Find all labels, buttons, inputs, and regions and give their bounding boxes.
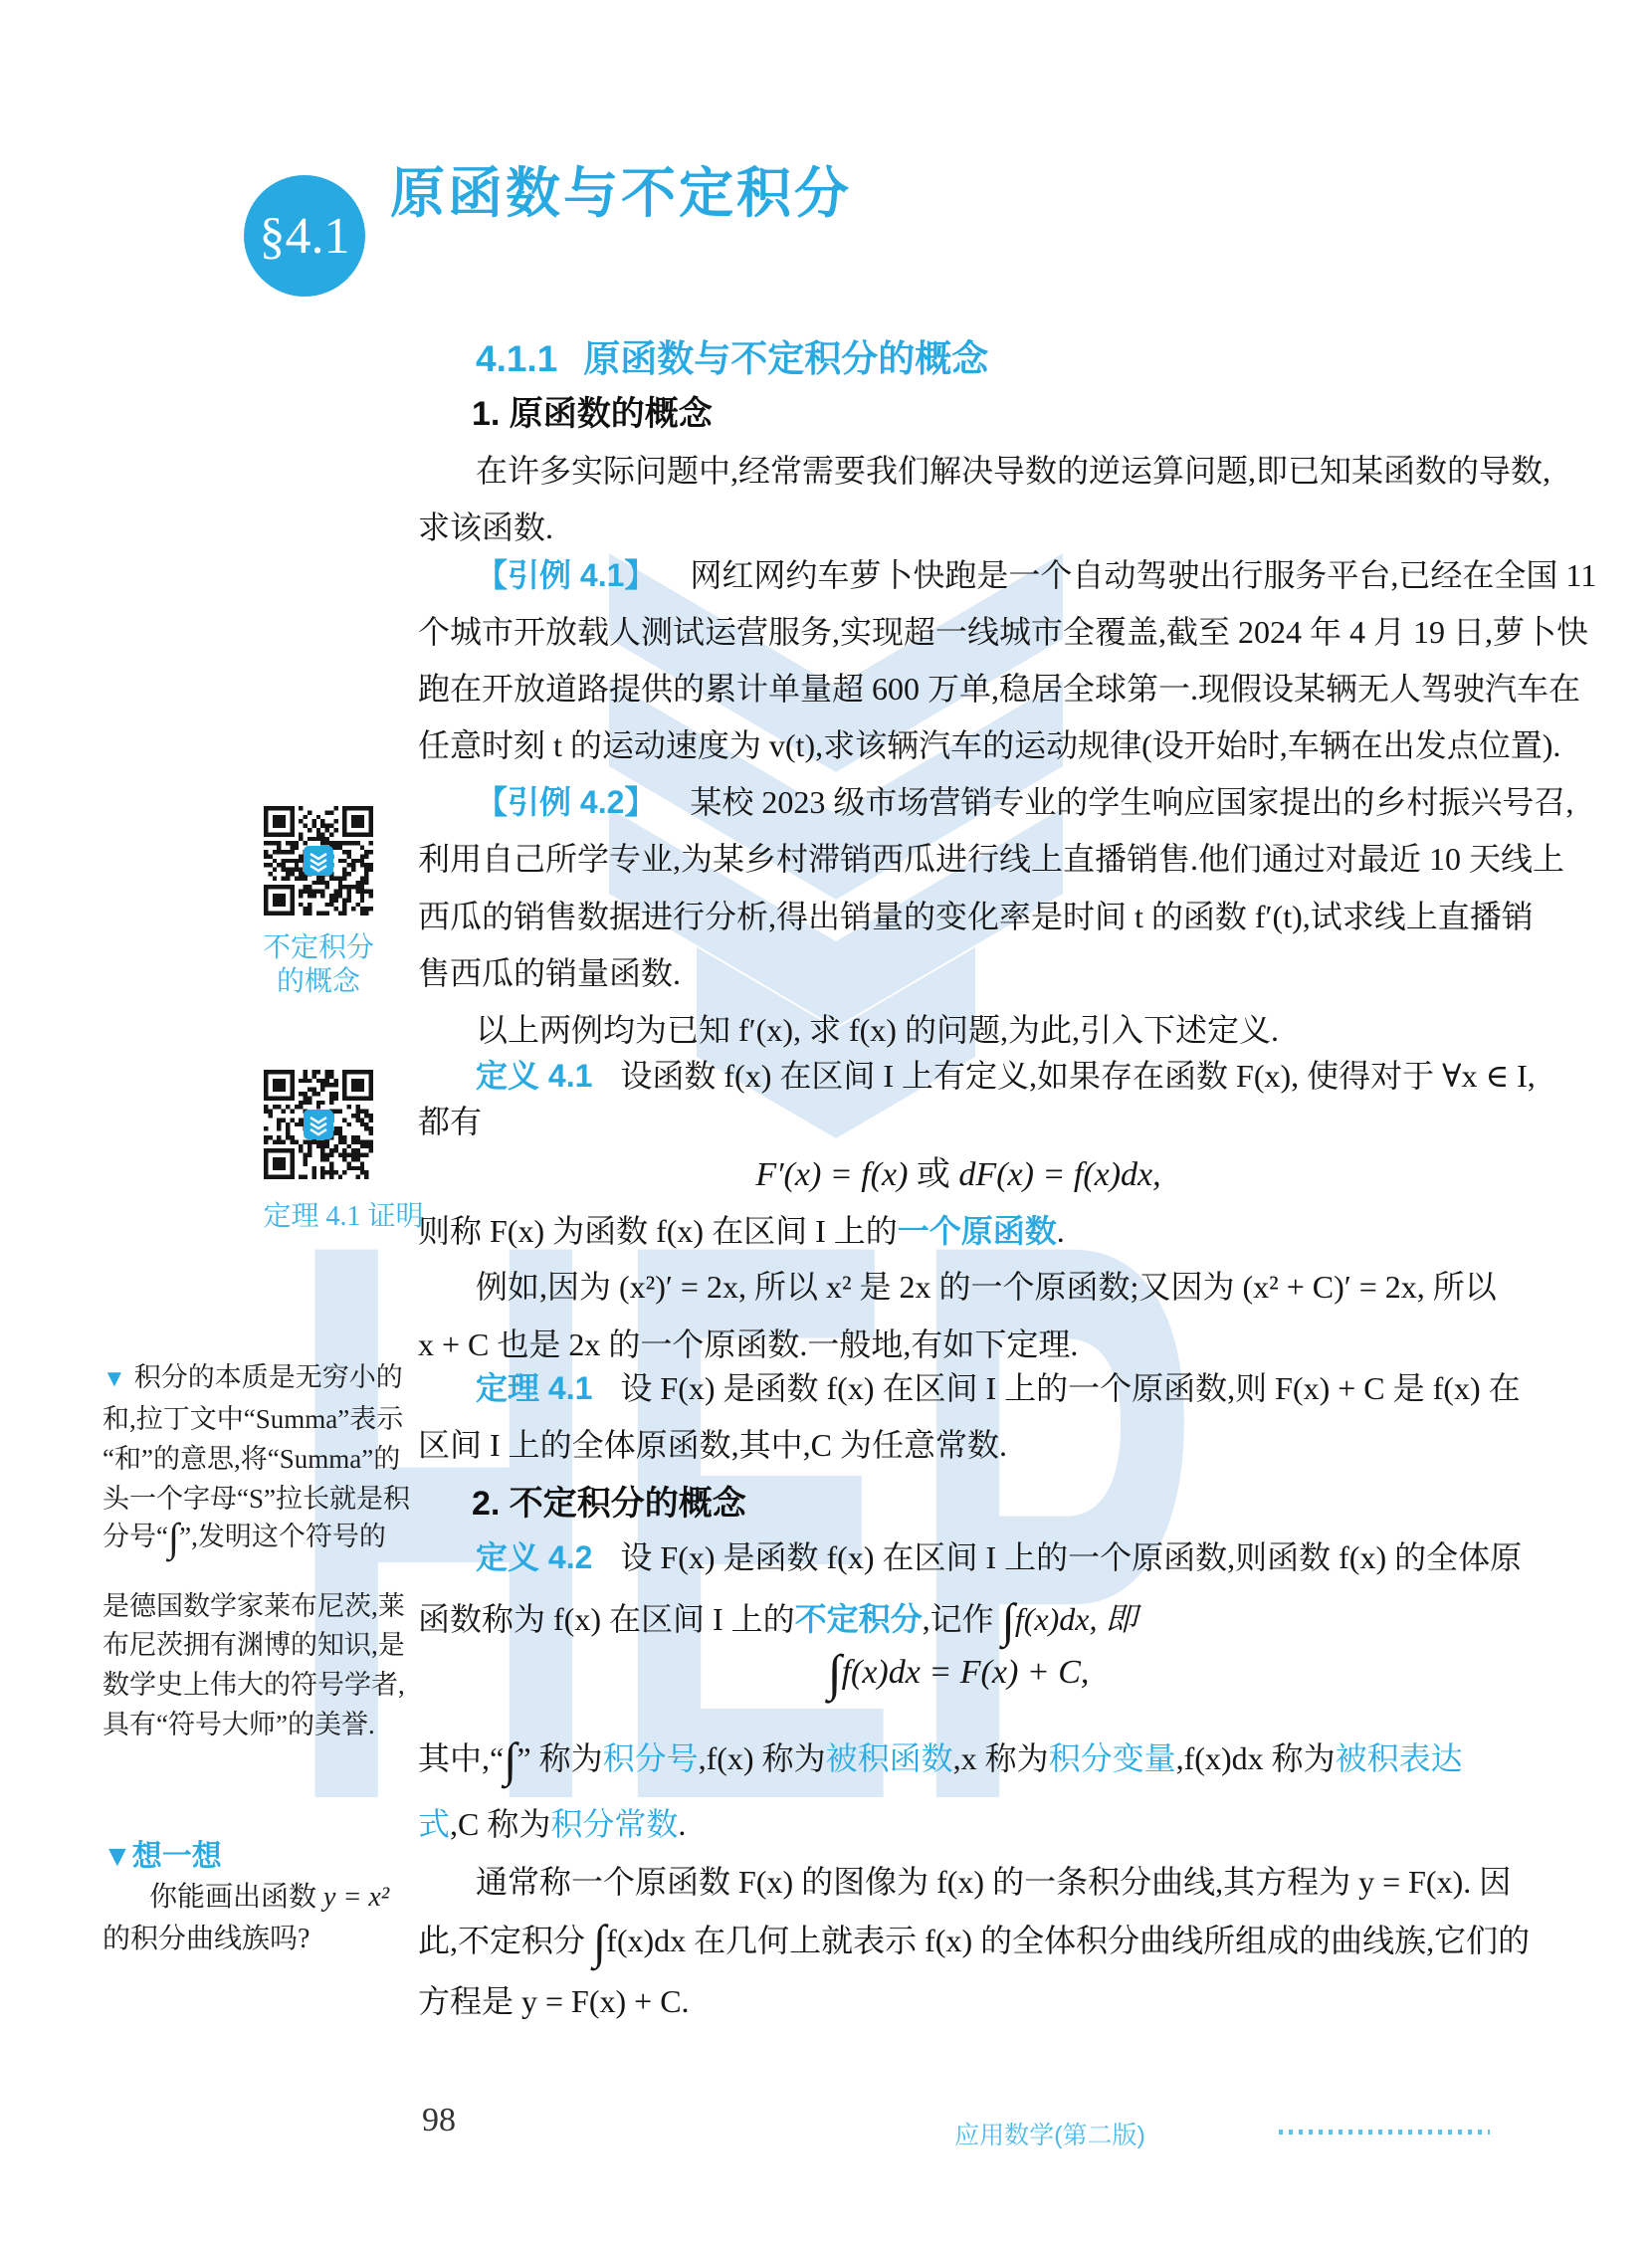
think-box-title: ▼想一想 xyxy=(103,1831,222,1875)
body-line: 例如,因为 (x²)′ = 2x, 所以 x² 是 2x 的一个原函数;又因为 … xyxy=(476,1262,1497,1308)
example-42-line: 【引例 4.2】某校 2023 级市场营销专业的学生响应国家提出的乡村振兴号召, xyxy=(476,777,1573,823)
margin-note-line: 头一个字母“S”拉长就是积 xyxy=(103,1477,410,1516)
textbook-page: HEP §4.1 原函数与不定积分 4.1.1原函数与不定积分的概念 1. 原函… xyxy=(0,0,1652,2241)
subsection-heading: 4.1.1原函数与不定积分的概念 xyxy=(476,328,988,382)
text: ,f(x) 称为 xyxy=(699,1740,826,1776)
text: 其中,“ xyxy=(418,1740,504,1776)
page-title: 原函数与不定积分 xyxy=(390,149,852,228)
margin-note-line: 是德国数学家莱布尼茨,莱 xyxy=(103,1584,405,1623)
term-integration-constant: 积分常数 xyxy=(550,1806,678,1842)
term-integrand-expression-cont: 式 xyxy=(418,1806,450,1842)
body-line: 求该函数. xyxy=(418,503,553,548)
formula-body: f(x)dx = F(x) + C, xyxy=(842,1654,1090,1691)
think-box-line: 的积分曲线族吗? xyxy=(103,1917,310,1956)
heading-concept-2: 2. 不定积分的概念 xyxy=(472,1476,746,1525)
formula-derivative: F′(x) = f(x) 或 dF(x) = f(x)dx, xyxy=(418,1146,1499,1195)
subsection-title: 原函数与不定积分的概念 xyxy=(583,338,988,379)
body-line: 以上两例均为已知 f′(x), 求 f(x) 的问题,为此,引入下述定义. xyxy=(476,1005,1279,1051)
terminology-line: 式,C 称为积分常数. xyxy=(418,1799,686,1845)
definition-42-text: 函数称为 f(x) 在区间 I 上的 xyxy=(418,1601,795,1637)
definition-41-text: . xyxy=(1057,1213,1065,1249)
qr-logo-icon xyxy=(304,1110,333,1139)
subsection-number: 4.1.1 xyxy=(476,338,557,379)
book-title-footer: 应用数学(第二版) xyxy=(945,2116,1154,2151)
body-line: 此,不定积分 ∫f(x)dx 在几何上就表示 f(x) 的全体积分曲线所组成的曲… xyxy=(418,1916,1530,1961)
text: 此,不定积分 xyxy=(418,1923,593,1958)
definition-41-text: 设函数 f(x) 在区间 I 上有定义,如果存在函数 F(x), 使得对于 ∀x… xyxy=(620,1058,1535,1094)
example-42-text: 某校 2023 级市场营销专业的学生响应国家提出的乡村振兴号召, xyxy=(690,784,1573,820)
margin-note-line: 分号“∫”,发明这个符号的 xyxy=(103,1515,386,1553)
theorem-41-label: 定理 4.1 xyxy=(476,1370,592,1406)
definition-41-line: 则称 F(x) 为函数 f(x) 在区间 I 上的一个原函数. xyxy=(418,1206,1065,1252)
text: ,f(x)dx 称为 xyxy=(1176,1740,1336,1776)
margin-note-line: ▼积分的本质是无穷小的 xyxy=(103,1355,403,1394)
example-41-line: 跑在开放道路提供的累计单量超 600 万单,稳居全球第一.现假设某辆无人驾驶汽车… xyxy=(418,664,1580,710)
integral-sign: ∫ xyxy=(593,1917,606,1969)
term-antiderivative: 一个原函数 xyxy=(898,1213,1057,1249)
definition-41-text: 则称 F(x) 为函数 f(x) 在区间 I 上的 xyxy=(418,1213,898,1249)
think-box-line: 你能画出函数 y = x² xyxy=(149,1875,389,1915)
body-line: 方程是 y = F(x) + C. xyxy=(418,1976,690,2022)
text: f(x)dx 在几何上就表示 f(x) 的全体积分曲线所组成的曲线族,它们的 xyxy=(606,1923,1530,1958)
definition-41-label: 定义 4.1 xyxy=(476,1058,592,1094)
think-math: y = x² xyxy=(323,1882,389,1913)
term-integration-variable: 积分变量 xyxy=(1049,1740,1176,1776)
formula-right: dF(x) = f(x)dx, xyxy=(958,1156,1160,1193)
integral-sign: ∫ xyxy=(168,1516,179,1560)
definition-41-line: 都有 xyxy=(418,1097,482,1142)
body-line: 在许多实际问题中,经常需要我们解决导数的逆运算问题,即已知某函数的导数, xyxy=(476,446,1550,492)
note-text: 分号“ xyxy=(103,1522,168,1551)
formula-left: F′(x) = f(x) xyxy=(755,1156,908,1193)
example-42-line: 利用自己所学专业,为某乡村滞销西瓜进行线上直播销售.他们通过对最近 10 天线上 xyxy=(418,834,1564,880)
body-line: 通常称一个原函数 F(x) 的图像为 f(x) 的一条积分曲线,其方程为 y =… xyxy=(476,1857,1511,1903)
margin-note-line: “和”的意思,将“Summa”的 xyxy=(103,1437,400,1476)
think-text: 你能画出函数 xyxy=(149,1882,323,1913)
example-41-line: 个城市开放载人测试运营服务,实现超一线城市全覆盖,截至 2024 年 4 月 1… xyxy=(418,607,1588,653)
formula-or: 或 xyxy=(908,1156,958,1193)
qr-logo-icon xyxy=(304,846,333,876)
example-41-text: 网红网约车萝卜快跑是一个自动驾驶出行服务平台,已经在全国 11 xyxy=(690,557,1596,593)
term-integrand-expression: 被积表达 xyxy=(1336,1740,1463,1776)
example-42-line: 西瓜的销售数据进行分析,得出销量的变化率是时间 t 的函数 f′(t),试求线上… xyxy=(418,892,1534,937)
integral-sign: ∫ xyxy=(828,1646,842,1702)
definition-42-line: 函数称为 f(x) 在区间 I 上的不定积分,记作 ∫f(x)dx, 即 xyxy=(418,1594,1136,1640)
integral-sign: ∫ xyxy=(504,1734,516,1787)
definition-42-text: ,记作 xyxy=(923,1601,1002,1637)
definition-42-math: f(x)dx, 即 xyxy=(1015,1601,1137,1637)
heading-concept-1: 1. 原函数的概念 xyxy=(472,386,713,435)
integral-sign: ∫ xyxy=(1002,1595,1015,1648)
term-indefinite-integral: 不定积分 xyxy=(795,1601,923,1637)
text: . xyxy=(678,1806,686,1842)
example-42-label: 【引例 4.2】 xyxy=(476,784,656,820)
theorem-41-line: 定理 4.1设 F(x) 是函数 f(x) 在区间 I 上的一个原函数,则 F(… xyxy=(476,1363,1521,1409)
example-41-label: 【引例 4.1】 xyxy=(476,557,656,593)
definition-42-line: 定义 4.2设 F(x) 是函数 f(x) 在区间 I 上的一个原函数,则函数 … xyxy=(476,1532,1522,1578)
term-integral-sign: 积分号 xyxy=(603,1740,699,1776)
triangle-marker-icon: ▼ xyxy=(103,1366,126,1392)
text: ” 称为 xyxy=(516,1740,602,1776)
definition-42-label: 定义 4.2 xyxy=(476,1539,592,1575)
example-42-line: 售西瓜的销量函数. xyxy=(418,948,681,994)
example-41-line: 【引例 4.1】网红网约车萝卜快跑是一个自动驾驶出行服务平台,已经在全国 11 xyxy=(476,550,1596,596)
formula-indefinite-integral: ∫f(x)dx = F(x) + C, xyxy=(418,1654,1499,1692)
term-integrand: 被积函数 xyxy=(826,1740,953,1776)
margin-note-line: 和,拉丁文中“Summa”表示 xyxy=(103,1397,403,1436)
text: ,C 称为 xyxy=(450,1806,550,1842)
text: ,x 称为 xyxy=(953,1740,1049,1776)
margin-note-line: 布尼茨拥有渊博的知识,是 xyxy=(103,1623,405,1662)
section-badge: §4.1 xyxy=(244,175,365,297)
theorem-41-text: 设 F(x) 是函数 f(x) 在区间 I 上的一个原函数,则 F(x) + C… xyxy=(620,1370,1520,1406)
definition-41-line: 定义 4.1设函数 f(x) 在区间 I 上有定义,如果存在函数 F(x), 使… xyxy=(476,1051,1536,1097)
example-41-line: 任意时刻 t 的运动速度为 v(t),求该辆汽车的运动规律(设开始时,车辆在出发… xyxy=(418,720,1560,766)
qr1-caption-line2: 的概念 xyxy=(229,959,408,999)
margin-note-line: 数学史上伟大的符号学者, xyxy=(103,1663,405,1702)
body-line: x + C 也是 2x 的一个原函数.一般地,有如下定理. xyxy=(418,1320,1078,1365)
note-text: ”,发明这个符号的 xyxy=(179,1522,386,1551)
margin-note-line: 具有“符号大师”的美誉. xyxy=(103,1703,375,1741)
definition-42-text: 设 F(x) 是函数 f(x) 在区间 I 上的一个原函数,则函数 f(x) 的… xyxy=(620,1539,1522,1575)
terminology-line: 其中,“∫” 称为积分号,f(x) 称为被积函数,x 称为积分变量,f(x)dx… xyxy=(418,1733,1463,1779)
page-number: 98 xyxy=(422,2102,456,2139)
qr2-caption: 定理 4.1 证明 xyxy=(229,1194,458,1234)
theorem-41-line: 区间 I 上的全体原函数,其中,C 为任意常数. xyxy=(418,1420,1007,1466)
footer-dotted-line xyxy=(1279,2130,1490,2135)
note-text: 积分的本质是无穷小的 xyxy=(134,1362,403,1392)
